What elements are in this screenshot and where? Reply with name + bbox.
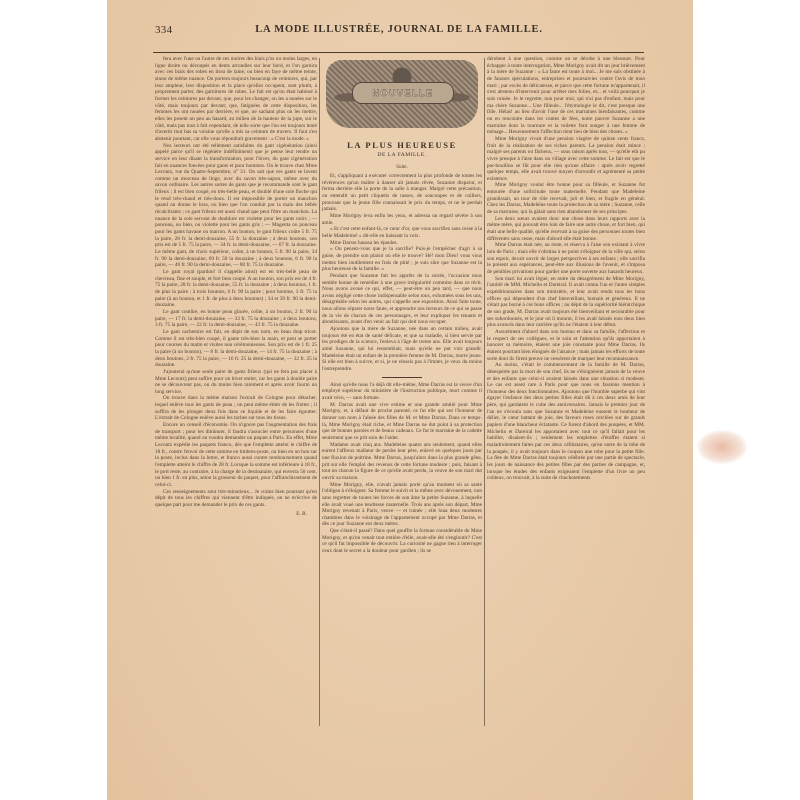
story-title: LA PLUS HEUREUSE <box>322 140 482 150</box>
paragraph: Mme Morigny vivait d'une pension viagère… <box>487 136 645 183</box>
paragraph: Nos lecteurs ont été tellement satisfait… <box>155 143 317 269</box>
paragraph: « Ou pensez-vous que je la sacrifie? Pui… <box>322 246 482 273</box>
column-divider-left <box>319 58 320 726</box>
section-separator-rule <box>382 377 422 378</box>
running-head: 334 LA MODE ILLUSTRÉE, JOURNAL DE LA FAM… <box>155 24 643 38</box>
paragraph: J'ajouterai qu'une seule paire de gants … <box>155 369 317 396</box>
story-continuation-label: Suite. <box>322 165 482 170</box>
paragraph: Les deux sœurs avaient donc une chose da… <box>487 216 645 243</box>
right-column: dérobent à une question, comme on se dér… <box>487 56 645 482</box>
paragraph: Mme Morigny, elle, n'avait jamais porté … <box>322 482 482 529</box>
paragraph: Le gant royal (pardon! il s'appelle ains… <box>155 269 317 309</box>
paper-stain <box>697 430 747 464</box>
vignette-label: NOUVELLE <box>372 88 433 98</box>
paragraph: Au moins, c'était le commencement de la … <box>487 362 645 482</box>
paragraph: dérobent à une question, comme on se dér… <box>487 56 645 136</box>
paragraph: Que s'était-il passé? Dans quel gouffre … <box>322 528 482 555</box>
paragraph: Le gant cachemire est fait, en dépit de … <box>155 329 317 369</box>
header-rule <box>153 52 644 53</box>
paragraph: Assurément d'abord dans son bureau et da… <box>487 329 645 362</box>
paragraph: M. Darras avait une vive estime et une g… <box>322 402 482 442</box>
paragraph: Ainsi qu'elle nous l'a déjà dit elle-mêm… <box>322 382 482 402</box>
paragraph: Ces renseignements sont très-minutieux..… <box>155 489 317 509</box>
left-column: fera avec l'une ou l'autre de ces moires… <box>155 56 317 517</box>
paragraph: Le gant coutûre, en bonne peau glacée, c… <box>155 309 317 329</box>
paragraph: Ajoutons que la mère de Suzanne, née dan… <box>322 326 482 373</box>
paragraph: Mme Morigny voulut être bonne pour sa fi… <box>487 182 645 215</box>
paragraph: fera avec l'une ou l'autre de ces moires… <box>155 56 317 143</box>
paragraph: Son mari lui avait légué, en outre du dé… <box>487 276 645 329</box>
middle-column-body: Et, s'appliquant à exécuter correctement… <box>322 173 482 555</box>
journal-title: LA MODE ILLUSTRÉE, JOURNAL DE LA FAMILLE… <box>155 24 643 35</box>
column-divider-right <box>484 58 485 726</box>
paragraph: Mme Darras était née, au reste, et réser… <box>487 242 645 275</box>
paragraph: Encore un conseil d'économie. On n'ignor… <box>155 422 317 489</box>
vignette-plate: NOUVELLE <box>352 82 454 104</box>
nouvelle-vignette-ornament: NOUVELLE <box>326 60 478 128</box>
paragraph: On trouve dans la même maison l'extrait … <box>155 395 317 422</box>
paragraph: Et, s'appliquant à exécuter correctement… <box>322 173 482 213</box>
author-signature: E. R. <box>155 511 317 518</box>
paragraph: Madame avait cinq ans. Madeleine quatre … <box>322 442 482 482</box>
paragraph: « Et c'est cette enfant-là, ce cœur d'or… <box>322 226 482 239</box>
paragraph: Pendant que Suzanne fait les apprêts de … <box>322 273 482 326</box>
paragraph: Mme Morigny leva enfin les yeux, et adre… <box>322 213 482 226</box>
story-subtitle: DE LA FAMILLE. <box>322 152 482 158</box>
